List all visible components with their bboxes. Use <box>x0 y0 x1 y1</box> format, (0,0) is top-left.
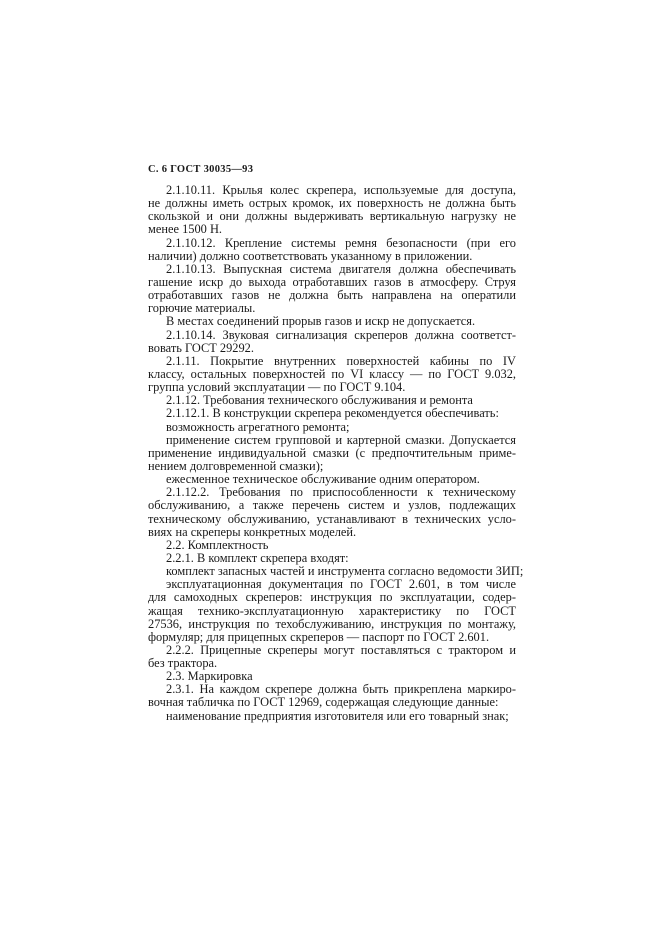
text-line: 2.1.12.2. Требования по приспособленност… <box>148 486 516 499</box>
text-line: не должны иметь острых кромок, их поверх… <box>148 197 516 210</box>
paragraph: ежесменное техническое обслуживание одни… <box>148 473 516 486</box>
text-line: менее 1500 Н. <box>148 223 516 236</box>
document-page: С. 6 ГОСТ 30035—93 2.1.10.11. Крылья кол… <box>148 163 516 723</box>
paragraph: 2.1.12.1. В конструкции скрепера рекомен… <box>148 407 516 420</box>
page-header: С. 6 ГОСТ 30035—93 <box>148 163 516 176</box>
text-line: наименование предприятия изготовителя ил… <box>148 710 516 723</box>
text-line: В местах соединений прорыв газов и искр … <box>148 315 516 328</box>
paragraph: наименование предприятия изготовителя ил… <box>148 710 516 723</box>
text-line: обслуживанию, а также перечень систем и … <box>148 499 516 512</box>
paragraph: 2.3. Маркировка <box>148 670 516 683</box>
text-line: возможность агрегатного ремонта; <box>148 421 516 434</box>
paragraph: эксплуатационная документация по ГОСТ 2.… <box>148 578 516 644</box>
paragraph: 2.1.10.12. Крепление системы ремня безоп… <box>148 237 516 263</box>
text-line: вовать ГОСТ 29292. <box>148 342 516 355</box>
paragraph: 2.1.10.13. Выпускная система двигателя д… <box>148 263 516 316</box>
paragraph: 2.1.10.14. Звуковая сигнализация скрепер… <box>148 329 516 355</box>
text-line: вочная табличка по ГОСТ 12969, содержаща… <box>148 696 516 709</box>
paragraph: комплект запасных частей и инструмента с… <box>148 565 516 578</box>
text-line: эксплуатационная документация по ГОСТ 2.… <box>148 578 516 591</box>
text-line: 2.1.10.13. Выпускная система двигателя д… <box>148 263 516 276</box>
text-line: 2.1.12.1. В конструкции скрепера рекомен… <box>148 407 516 420</box>
text-line: 27536, инструкция по техобслуживанию, ин… <box>148 618 516 631</box>
paragraph: 2.1.10.11. Крылья колес скрепера, исполь… <box>148 184 516 237</box>
text-line: жащая технико-эксплуатационную характери… <box>148 605 516 618</box>
text-line: техническому обслуживанию, устанавливают… <box>148 513 516 526</box>
text-line: гашение искр до выхода отработавших газо… <box>148 276 516 289</box>
paragraph: 2.2. Комплектность <box>148 539 516 552</box>
text-line: формуляр; для прицепных скреперов — пасп… <box>148 631 516 644</box>
paragraph: 2.3.1. На каждом скрепере должна быть пр… <box>148 683 516 709</box>
text-line: применение индивидуальной смазки (с пред… <box>148 447 516 460</box>
text-line: комплект запасных частей и инструмента с… <box>148 565 516 578</box>
text-line: 2.2. Комплектность <box>148 539 516 552</box>
text-line: применение систем групповой и картерной … <box>148 434 516 447</box>
paragraph: возможность агрегатного ремонта; <box>148 421 516 434</box>
text-line: виях на скреперы конкретных моделей. <box>148 526 516 539</box>
paragraph: 2.2.2. Прицепные скреперы могут поставля… <box>148 644 516 670</box>
paragraph: 2.1.11. Покрытие внутренних поверхностей… <box>148 355 516 394</box>
text-line: 2.1.10.14. Звуковая сигнализация скрепер… <box>148 329 516 342</box>
document-body: 2.1.10.11. Крылья колес скрепера, исполь… <box>148 184 516 723</box>
text-line: 2.1.11. Покрытие внутренних поверхностей… <box>148 355 516 368</box>
text-line: 2.1.10.12. Крепление системы ремня безоп… <box>148 237 516 250</box>
text-line: ежесменное техническое обслуживание одни… <box>148 473 516 486</box>
paragraph: 2.1.12.2. Требования по приспособленност… <box>148 486 516 539</box>
text-line: 2.1.10.11. Крылья колес скрепера, исполь… <box>148 184 516 197</box>
paragraph: применение систем групповой и картерной … <box>148 434 516 473</box>
text-line: наличии) должно соответствовать указанно… <box>148 250 516 263</box>
paragraph: В местах соединений прорыв газов и искр … <box>148 315 516 328</box>
text-line: 2.3. Маркировка <box>148 670 516 683</box>
text-line: для самоходных скреперов: инструкция по … <box>148 591 516 604</box>
